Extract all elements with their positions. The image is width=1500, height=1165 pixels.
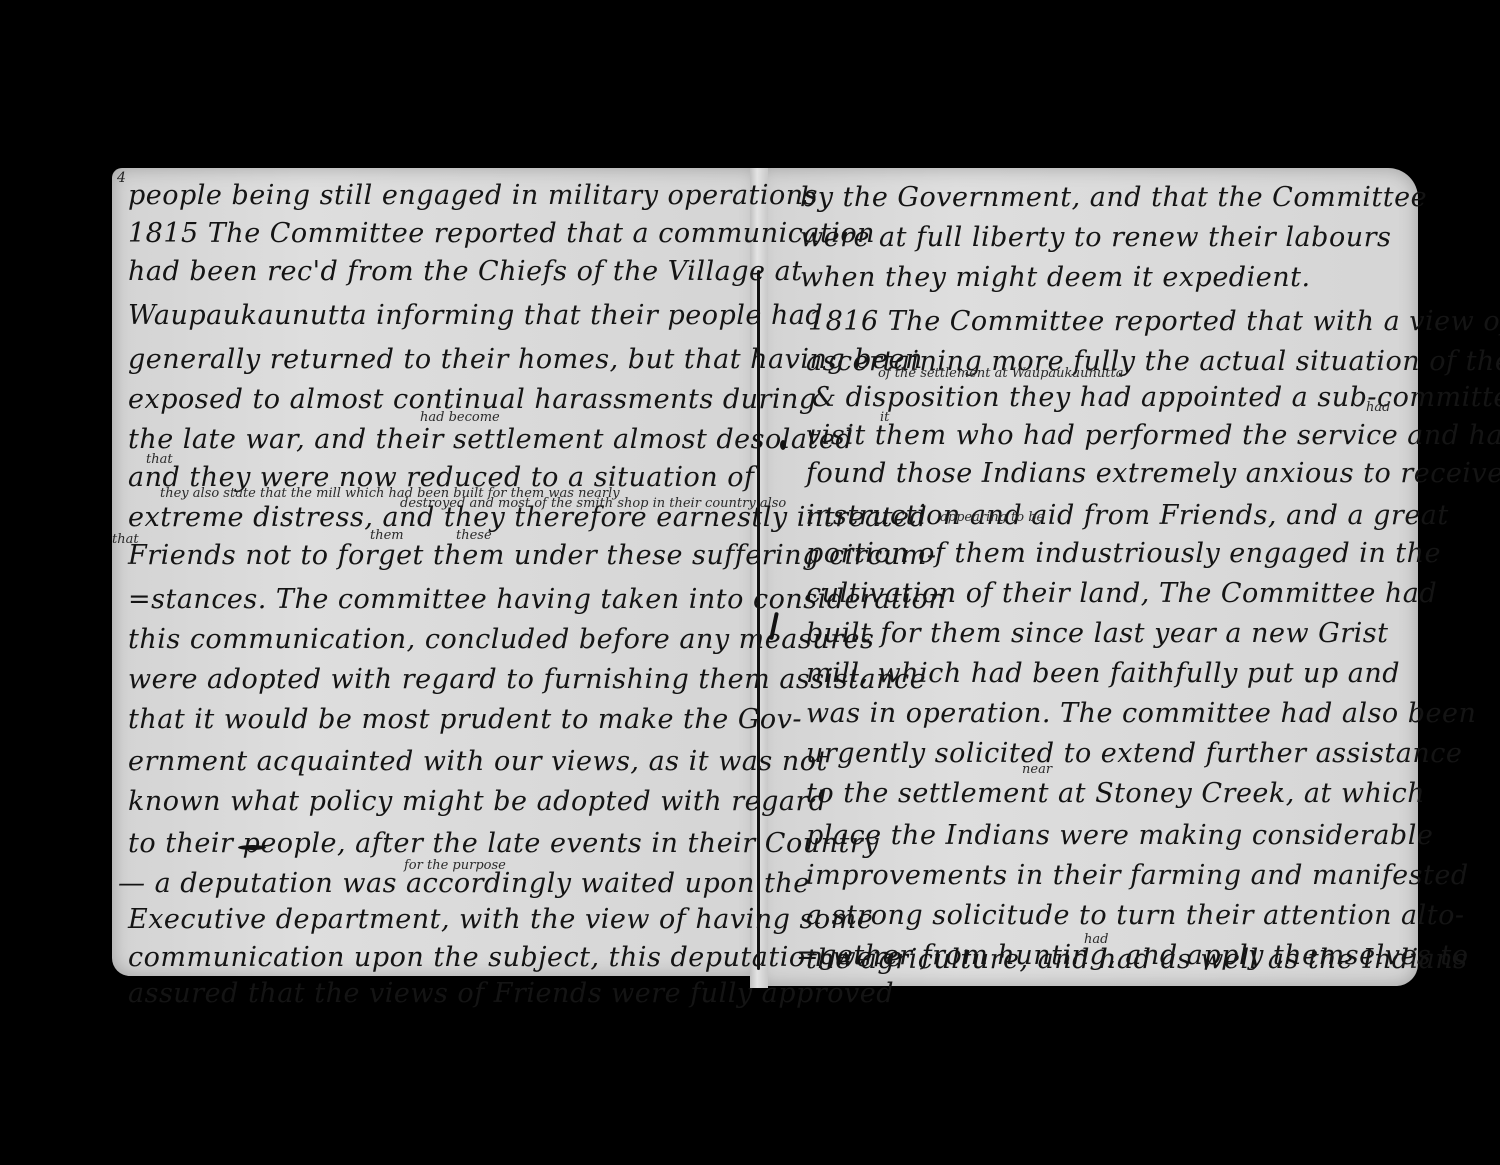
insertion-note: appearing to be [940,510,1044,525]
manuscript-line: Executive department, with the view of h… [128,904,873,935]
manuscript-line: the late war, and their settlement almos… [128,424,853,455]
manuscript-line: to their people, after the late events i… [128,828,879,859]
manuscript-line: place the Indians were making considerab… [806,820,1433,851]
manuscript-line: urgently solicited to extend further ass… [806,738,1462,769]
manuscript-line: 1815 The Committee reported that a commu… [128,218,875,249]
manuscript-line: when they might deem it expedient. [800,262,1311,293]
manuscript-line: assured that the views of Friends were f… [128,978,894,1009]
manuscript-line: that it would be most prudent to make th… [128,704,802,735]
manuscript-line: generally returned to their homes, but t… [128,344,923,375]
manuscript-line: known what policy might be adopted with … [128,786,827,817]
manuscript-line: 1816 The Committee reported that with a … [808,306,1500,337]
manuscript-line: people being still engaged in military o… [128,180,818,211]
manuscript-line: was in operation. The committee had also… [806,698,1476,729]
insertion-note: of the settlement at Waupaukaunutta [878,366,1123,381]
manuscript-line: mill, which had been faithfully put up a… [806,658,1400,689]
manuscript-line: a strong solicitude to turn their attent… [806,900,1465,931]
manuscript-line: Waupaukaunutta informing that their peop… [128,300,823,331]
manuscript-line: portion of them industriously engaged in… [806,538,1441,569]
manuscript-line: & disposition they had appointed a sub-c… [812,382,1500,413]
manuscript-line: instruction and aid from Friends, and a … [806,500,1449,531]
manuscript-line: communication upon the subject, this dep… [128,942,903,973]
page-number: 4 [117,170,126,186]
manuscript-line: this communication, concluded before any… [128,624,874,655]
insertion-note: for the purpose [404,858,506,873]
insertion-note: near [1022,762,1052,777]
manuscript-line: cultivation of their land, The Committee… [806,578,1437,609]
manuscript-line: to the settlement at Stoney Creek, at wh… [806,778,1425,809]
insertion-note: had [1366,400,1390,415]
manuscript-line: by the Government, and that the Committe… [800,182,1427,213]
insertion-note: had become [420,410,500,425]
gutter-fold-line [757,270,760,970]
manuscript-line: the agriculture, and had as well as the … [806,944,1468,975]
manuscript-line: visit them who had performed the service… [806,420,1500,451]
manuscript-line: had been rec'd from the Chiefs of the Vi… [128,256,803,287]
manuscript-line: improvements in their farming and manife… [806,860,1469,891]
manuscript-line: built for them since last year a new Gri… [806,618,1388,649]
ink-blot [238,845,266,850]
manuscript-line: ernment acquainted with our views, as it… [128,746,828,777]
manuscript-line: found those Indians extremely anxious to… [806,458,1500,489]
ink-blot [780,440,786,450]
manuscript-line: were at full liberty to renew their labo… [800,222,1391,253]
